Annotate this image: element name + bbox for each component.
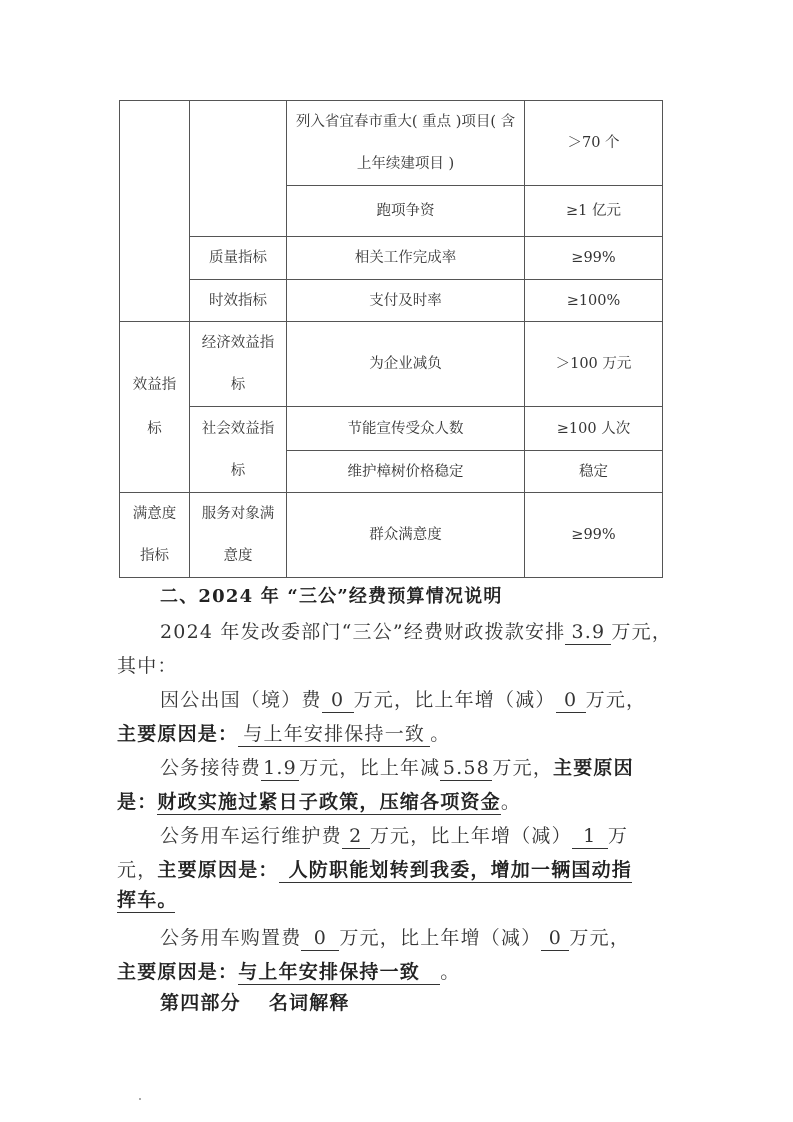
- total-amount: 3.9: [565, 622, 611, 645]
- subcategory-cell: 质量指标: [190, 237, 287, 280]
- section-heading: 二、2024 年 “三公”经费预算情况说明: [160, 582, 503, 608]
- subcategory-cell: 时效指标: [190, 280, 287, 322]
- value-cell: 稳定: [525, 451, 663, 493]
- scan-speck: [139, 1098, 141, 1100]
- value-cell: ≥99%: [525, 237, 663, 280]
- indicator-cell: 列入省宜春市重大( 重点 )项目( 含上年续建项目 ): [287, 101, 525, 186]
- value-cell: ≥100 人次: [525, 407, 663, 451]
- value-cell: ≥99%: [525, 493, 663, 578]
- value-cell: ＞100 万元: [525, 322, 663, 407]
- indicator-cell: 维护樟树价格稳定: [287, 451, 525, 493]
- value-cell: ＞70 个: [525, 101, 663, 186]
- category-cell-output: [120, 101, 190, 322]
- subcategory-cell-quantity: [190, 101, 287, 237]
- value-cell: ≥100%: [525, 280, 663, 322]
- reception-line: 公务接待费1.9万元，比上年减5.58万元，主要原因: [160, 753, 634, 781]
- value-cell: ≥1 亿元: [525, 186, 663, 237]
- reception-reason-line: 是：财政实施过紧日子政策，压缩各项资金。: [117, 787, 521, 815]
- indicator-cell: 群众满意度: [287, 493, 525, 578]
- travel-reason-line: 主要原因是：与上年安排保持一致。: [117, 719, 450, 747]
- category-cell-benefit: 效益指标: [120, 322, 190, 493]
- indicator-cell: 节能宣传受众人数: [287, 407, 525, 451]
- part-four-heading: 第四部分 名词解释: [160, 988, 350, 1015]
- intro-line: 2024 年发改委部门“三公”经费财政拨款安排3.9万元，: [160, 617, 672, 645]
- subcategory-cell: 社会效益指标: [190, 407, 287, 493]
- indicator-cell: 支付及时率: [287, 280, 525, 322]
- performance-indicator-table: 列入省宜春市重大( 重点 )项目( 含上年续建项目 ) ＞70 个 跑项争资 ≥…: [119, 100, 663, 578]
- subcategory-cell: 经济效益指标: [190, 322, 287, 407]
- vehicle-operation-reason-line: 元，主要原因是：人防职能划转到我委，增加一辆国动指: [117, 855, 632, 883]
- vehicle-operation-line: 公务用车运行维护费2万元，比上年增（减）1万: [160, 821, 628, 849]
- vehicle-purchase-reason-line: 主要原因是：与上年安排保持一致。: [117, 957, 460, 985]
- travel-line: 因公出国（境）费0万元，比上年增（减）0万元，: [160, 685, 646, 713]
- intro-line-2: 其中：: [117, 651, 178, 678]
- indicator-cell: 跑项争资: [287, 186, 525, 237]
- vehicle-purchase-line: 公务用车购置费0万元，比上年增（减）0万元，: [160, 923, 630, 951]
- indicator-cell: 为企业减负: [287, 322, 525, 407]
- subcategory-cell: 服务对象满意度: [190, 493, 287, 578]
- vehicle-operation-reason-line-2: 挥车。: [117, 889, 175, 913]
- category-cell-satisfaction: 满意度指标: [120, 493, 190, 578]
- indicator-cell: 相关工作完成率: [287, 237, 525, 280]
